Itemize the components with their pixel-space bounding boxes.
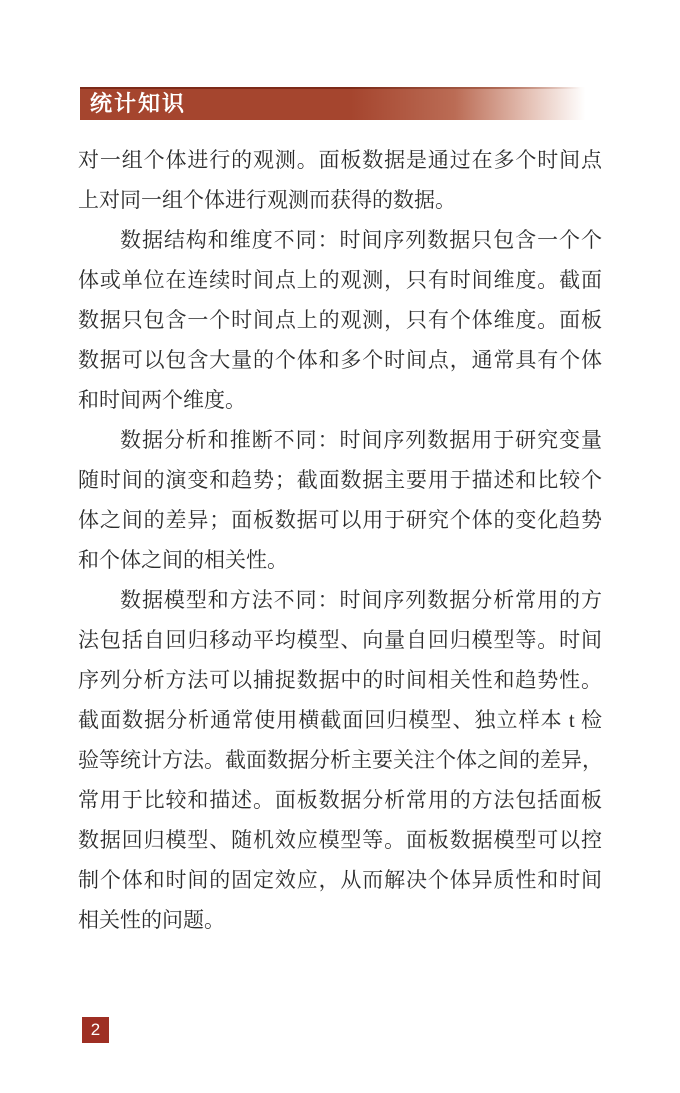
text-line: 和个体之间的相关性。 [78, 540, 602, 580]
text-line: 验等统计方法。截面数据分析主要关注个体之间的差异， [78, 740, 602, 780]
text-line: 常用于比较和描述。面板数据分析常用的方法包括面板 [78, 780, 602, 820]
text-line: 随时间的演变和趋势；截面数据主要用于描述和比较个 [78, 460, 602, 500]
text-line: 和时间两个维度。 [78, 380, 602, 420]
text-line: 截面数据分析通常使用横截面回归模型、独立样本 t 检 [78, 700, 602, 740]
text-line: 数据回归模型、随机效应模型等。面板数据模型可以控 [78, 820, 602, 860]
text-line: 相关性的问题。 [78, 900, 602, 940]
text-line: 对一组个体进行的观测。面板数据是通过在多个时间点 [78, 140, 602, 180]
text-line: 数据模型和方法不同：时间序列数据分析常用的方 [78, 580, 602, 620]
book-page: 统计知识 对一组个体进行的观测。面板数据是通过在多个时间点上对同一组个体进行观测… [0, 0, 680, 1093]
body-text-block: 对一组个体进行的观测。面板数据是通过在多个时间点上对同一组个体进行观测而获得的数… [78, 140, 602, 940]
text-line: 体或单位在连续时间点上的观测，只有时间维度。截面 [78, 260, 602, 300]
text-line: 数据分析和推断不同：时间序列数据用于研究变量 [78, 420, 602, 460]
text-line: 序列分析方法可以捕捉数据中的时间相关性和趋势性。 [78, 660, 602, 700]
text-line: 法包括自回归移动平均模型、向量自回归模型等。时间 [78, 620, 602, 660]
page-number-badge: 2 [82, 1017, 109, 1043]
text-line: 制个体和时间的固定效应，从而解决个体异质性和时间 [78, 860, 602, 900]
section-header-band: 统计知识 [80, 87, 601, 120]
text-line: 数据可以包含大量的个体和多个时间点，通常具有个体 [78, 340, 602, 380]
text-line: 上对同一组个体进行观测而获得的数据。 [78, 180, 602, 220]
text-line: 数据只包含一个时间点上的观测，只有个体维度。面板 [78, 300, 602, 340]
section-title: 统计知识 [90, 87, 186, 120]
text-line: 体之间的差异；面板数据可以用于研究个体的变化趋势 [78, 500, 602, 540]
text-line: 数据结构和维度不同：时间序列数据只包含一个个 [78, 220, 602, 260]
